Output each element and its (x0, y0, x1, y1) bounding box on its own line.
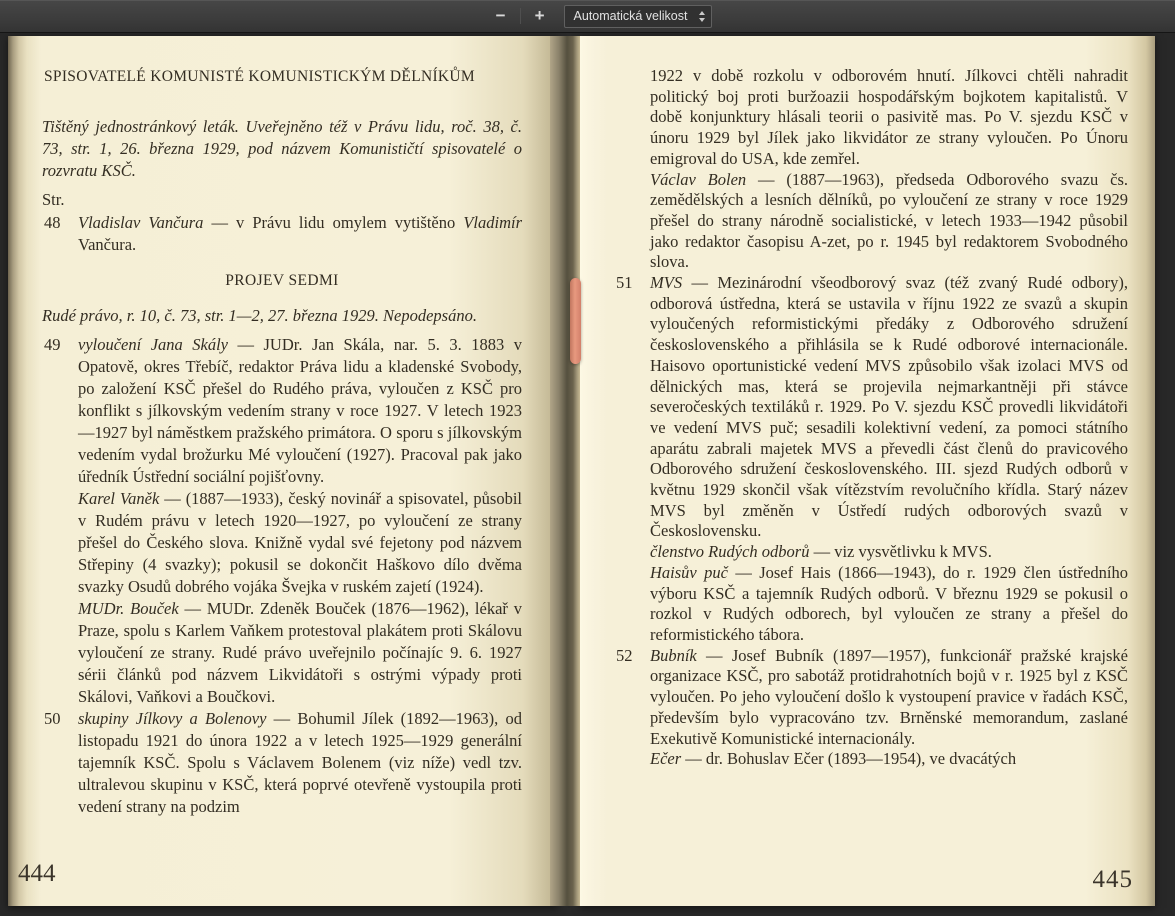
paragraph: Bubník — Josef Bubník (1897—1957), funkc… (650, 646, 1128, 750)
paragraph: MUDr. Bouček — MUDr. Zdeněk Bouček (1876… (78, 598, 522, 708)
italic-text-run: Bubník (650, 646, 697, 665)
italic-text-run: Rudé právo, r. 10, č. 73, str. 1—2, 27. … (42, 306, 477, 325)
italic-text-run: Tištěný jednostránkový leták. Uveřejněno… (42, 117, 522, 180)
italic-text-run: Vladimír (463, 213, 522, 232)
source-note: Tištěný jednostránkový leták. Uveřejněno… (42, 116, 522, 182)
paragraph: Ečer — dr. Bohuslav Ečer (1893—1954), ve… (650, 749, 1128, 770)
text-run: — viz vysvětlivku k MVS. (809, 542, 991, 561)
italic-text-run: Haisův puč (650, 563, 728, 582)
toolbar-separator (520, 8, 521, 24)
paragraph: skupiny Jílkovy a Bolenovy — Bohumil Jíl… (78, 708, 522, 818)
italic-text-run: Václav Bolen (650, 170, 746, 189)
italic-text-run: Vladislav Vančura (78, 213, 203, 232)
paragraph: Václav Bolen — (1887—1963), předseda Odb… (650, 170, 1128, 274)
pdf-toolbar: − + Automatická velikost (0, 0, 1175, 33)
entry-page-ref-number: 51 (616, 273, 646, 294)
paragraph: Karel Vaněk — (1887—1933), český novinář… (78, 488, 522, 598)
text-run: — JUDr. Jan Skála, nar. 5. 3. 1883 v Opa… (78, 335, 522, 486)
zoom-level-select[interactable]: Automatická velikost (564, 5, 713, 28)
page-number-right: 445 (1093, 866, 1134, 894)
text-run: 1922 v době rozkolu v odborovém hnutí. J… (650, 66, 1128, 168)
italic-text-run: členstvo Rudých odborů (650, 542, 809, 561)
italic-text-run: Ečer (650, 749, 681, 768)
paragraph: Vladislav Vančura — v Právu lidu omylem … (78, 212, 522, 256)
glossary-entry: 52Bubník — Josef Bubník (1897—1957), fun… (614, 646, 1128, 770)
pdf-viewer: { "toolbar": { "zoom_out_label": "−", "z… (0, 0, 1175, 916)
text-run: — Mezinárodní všeodborový svaz (též zvan… (650, 273, 1128, 540)
bookmark-ribbon (570, 278, 581, 364)
source-note: Rudé právo, r. 10, č. 73, str. 1—2, 27. … (42, 305, 522, 327)
paragraph: 1922 v době rozkolu v odborovém hnutí. J… (650, 66, 1128, 170)
text-run: — v Právu lidu omylem vytištěno (203, 213, 463, 232)
zoom-level-select-value: Automatická velikost (574, 9, 688, 23)
left-page-text-column: SPISOVATELÉ KOMUNISTÉ KOMUNISTICKÝM DĚLN… (42, 66, 522, 818)
italic-text-run: MVS (650, 273, 682, 292)
entry-page-ref-number: 52 (616, 646, 646, 667)
str-label: Str. (42, 189, 522, 211)
text-run: — Josef Bubník (1897—1957), funkcionář p… (650, 646, 1128, 748)
glossary-entry: 48Vladislav Vančura — v Právu lidu omyle… (42, 212, 522, 256)
glossary-entry: 49vyloučení Jana Skály — JUDr. Jan Skála… (42, 334, 522, 708)
zoom-controls: − + Automatická velikost (487, 3, 713, 29)
document-title: SPISOVATELÉ KOMUNISTÉ KOMUNISTICKÝM DĚLN… (42, 66, 522, 88)
zoom-out-icon: − (496, 6, 506, 26)
italic-text-run: Karel Vaněk (78, 489, 159, 508)
italic-text-run: MUDr. Bouček (78, 599, 179, 618)
text-run: Vančura. (78, 235, 136, 254)
entry-page-ref-number: 50 (44, 708, 74, 730)
book-gutter-shadow (550, 36, 580, 906)
book-page-right: 1922 v době rozkolu v odborovém hnutí. J… (580, 36, 1155, 906)
entry-page-ref-number: 48 (44, 212, 74, 234)
section-title: PROJEV SEDMI (42, 270, 522, 292)
glossary-entry: 1922 v době rozkolu v odborovém hnutí. J… (614, 66, 1128, 273)
book-page-left: SPISOVATELÉ KOMUNISTÉ KOMUNISTICKÝM DĚLN… (8, 36, 558, 906)
italic-text-run: skupiny Jílkovy a Bolenovy (78, 709, 266, 728)
paragraph: Haisův puč — Josef Hais (1866—1943), do … (650, 563, 1128, 646)
text-run: — dr. Bohuslav Ečer (1893—1954), ve dvac… (681, 749, 1016, 768)
select-arrows-icon (687, 11, 705, 22)
zoom-in-icon: + (535, 6, 545, 26)
zoom-out-button[interactable]: − (487, 3, 515, 29)
glossary-entry: 51MVS — Mezinárodní všeodborový svaz (té… (614, 273, 1128, 646)
italic-text-run: vyloučení Jana Skály (78, 335, 228, 354)
zoom-in-button[interactable]: + (526, 3, 554, 29)
paragraph: MVS — Mezinárodní všeodborový svaz (též … (650, 273, 1128, 542)
paragraph: členstvo Rudých odborů — viz vysvětlivku… (650, 542, 1128, 563)
page-number-left: 444 (18, 860, 56, 888)
entry-page-ref-number: 49 (44, 334, 74, 356)
right-page-text-column: 1922 v době rozkolu v odborovém hnutí. J… (614, 66, 1128, 770)
paragraph: vyloučení Jana Skály — JUDr. Jan Skála, … (78, 334, 522, 488)
glossary-entry: 50skupiny Jílkovy a Bolenovy — Bohumil J… (42, 708, 522, 818)
